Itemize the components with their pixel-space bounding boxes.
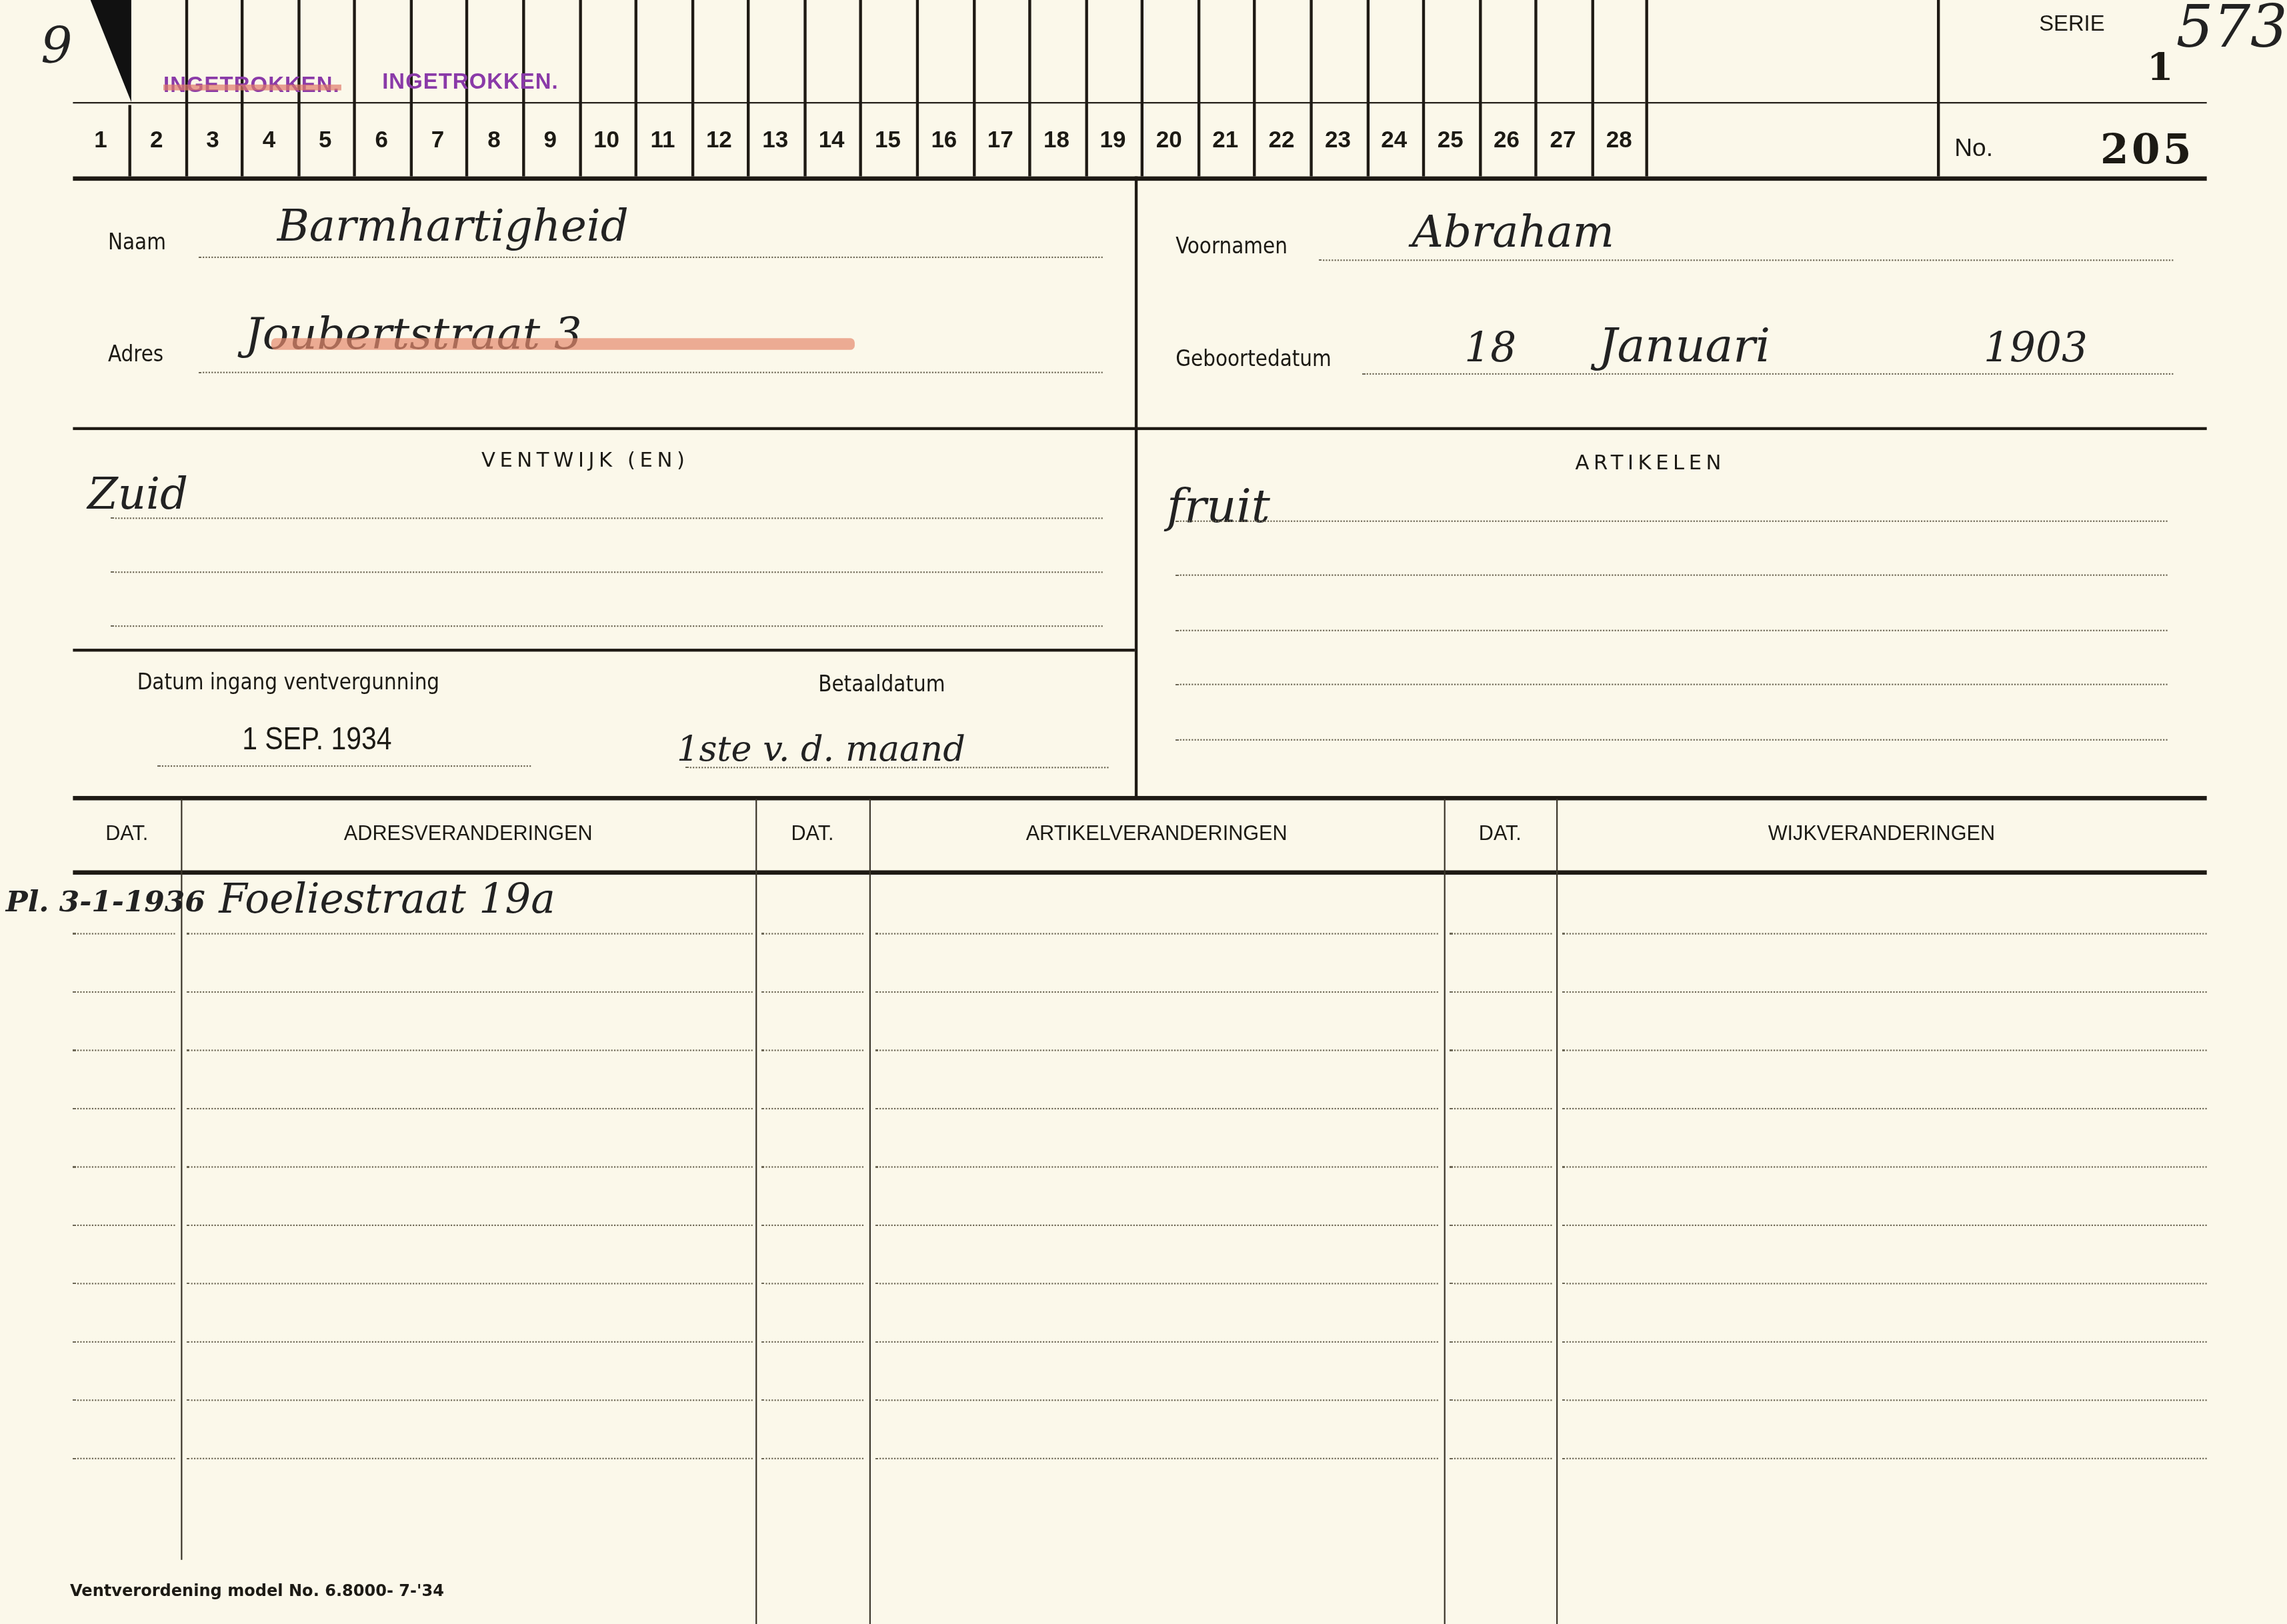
day-number: 14 <box>803 128 859 154</box>
serie-rule <box>1646 102 2207 103</box>
table-row-line <box>1562 1166 2207 1167</box>
table-row-line <box>73 1458 175 1459</box>
artikelen-heading: ARTIKELEN <box>1576 452 1726 475</box>
day-column-divider <box>1085 0 1087 177</box>
geboortedatum-label: Geboortedatum <box>1176 345 1332 371</box>
table-row-line <box>1562 1283 2207 1284</box>
table-row-line <box>761 1108 863 1109</box>
table-row-line <box>1562 1108 2207 1109</box>
voornamen-field[interactable]: Abraham <box>1412 207 1615 259</box>
geboortedatum-year[interactable]: 1903 <box>1984 323 2088 371</box>
day-number: 4 <box>241 128 297 154</box>
table-row-line <box>761 1049 863 1051</box>
betaaldatum-value[interactable]: 1ste v. d. maand <box>677 729 965 769</box>
table-row-line <box>1450 1458 1552 1459</box>
geboortedatum-month[interactable]: Januari <box>1599 318 1771 373</box>
day-number: 21 <box>1198 128 1254 154</box>
registration-card: 9 12345678910111213141516171819202122232… <box>0 0 2287 1624</box>
table-row-line <box>875 1166 1438 1167</box>
table-row-line <box>761 1341 863 1343</box>
table-row-line <box>73 1399 175 1401</box>
table-row-line <box>1562 1225 2207 1226</box>
table-row-line <box>761 933 863 934</box>
col-divider-2 <box>755 799 757 1624</box>
artikelen-line-3 <box>1176 630 2168 631</box>
table-row-line <box>187 1166 753 1167</box>
day-column-divider <box>972 0 975 177</box>
index-tab-triangle <box>91 0 135 105</box>
serie-value: 1 <box>2147 47 2174 91</box>
day-number: 12 <box>691 128 747 154</box>
day-column-divider <box>129 105 131 176</box>
day-number: 15 <box>859 128 915 154</box>
day-column-divider <box>859 0 862 177</box>
col-divider-4 <box>1444 799 1446 1624</box>
day-number: 8 <box>466 128 522 154</box>
naam-field-line <box>199 257 1103 258</box>
serie-handwritten: 573 <box>2176 0 2287 61</box>
table-row-line <box>187 991 753 993</box>
day-column-divider <box>1591 0 1594 177</box>
artikelen-line-4 <box>1176 684 2168 685</box>
serie-label: SERIE <box>2039 11 2104 36</box>
day-strip-bottom-rule <box>73 177 2206 181</box>
table-row-line <box>1562 1341 2207 1343</box>
table-row-line <box>73 991 175 993</box>
day-column-divider <box>1535 0 1538 177</box>
geboortedatum-field-line <box>1362 373 2173 375</box>
header-artikelveranderingen: ARTIKELVERANDERINGEN <box>869 821 1444 844</box>
day-number: 16 <box>916 128 972 154</box>
day-number: 22 <box>1254 128 1310 154</box>
artikelen-field[interactable]: fruit <box>1167 478 1270 533</box>
table-row-line <box>1450 933 1552 934</box>
stamp-strike <box>163 85 341 91</box>
table-row-line <box>875 1399 1438 1401</box>
day-column-divider <box>691 0 693 177</box>
table-row-line <box>1562 933 2207 934</box>
geboortedatum-day[interactable]: 18 <box>1464 323 1516 371</box>
adres-strikethrough <box>271 338 855 349</box>
day-number: 19 <box>1085 128 1141 154</box>
col-divider-3 <box>869 799 871 1624</box>
table-row-line <box>1562 1399 2207 1401</box>
table-row-line <box>187 1283 753 1284</box>
table-row-line <box>1450 1108 1552 1109</box>
divider-serie <box>1937 0 1940 177</box>
table-row-line <box>875 1341 1438 1343</box>
ventwijk-heading: VENTWIJK (EN) <box>481 449 689 473</box>
datum-ingang-value[interactable]: 1 SEP. 1934 <box>242 720 391 758</box>
day-number: 25 <box>1422 128 1478 154</box>
table-row-line <box>73 1049 175 1051</box>
table-row-line <box>761 1225 863 1226</box>
table-row-line <box>1562 991 2207 993</box>
table-row-line <box>1450 1049 1552 1051</box>
adres-label: Adres <box>108 341 163 367</box>
day-column-divider <box>353 0 356 177</box>
table-row-line <box>761 1399 863 1401</box>
day-column-divider <box>1254 0 1256 177</box>
table-row-line <box>1450 1166 1552 1167</box>
day-column-divider <box>916 0 919 177</box>
day-column-divider <box>1478 0 1481 177</box>
ventwijk-field[interactable]: Zuid <box>87 469 188 521</box>
ventwijk-bottom-rule <box>73 649 1135 651</box>
table-row-line <box>187 1399 753 1401</box>
day-number: 2 <box>129 128 185 154</box>
table-row-line <box>187 1458 753 1459</box>
day-column-divider <box>578 0 581 177</box>
table-row-line <box>875 1283 1438 1284</box>
header-dat-3: DAT. <box>1444 821 1556 844</box>
table-row-line <box>73 1108 175 1109</box>
datum-ingang-label: Datum ingang ventvergunning <box>137 669 439 695</box>
day-column-divider <box>1198 0 1200 177</box>
day-number: 10 <box>578 128 634 154</box>
table-row-line <box>1450 991 1552 993</box>
day-number: 27 <box>1535 128 1591 154</box>
day-number: 28 <box>1591 128 1647 154</box>
day-number: 1 <box>73 128 128 154</box>
voornamen-field-line <box>1319 259 2174 261</box>
naam-field[interactable]: Barmhartigheid <box>277 201 629 253</box>
table-row-line <box>761 1283 863 1284</box>
ventwijk-line-1 <box>111 517 1103 519</box>
table-row-line <box>1450 1341 1552 1343</box>
day-number: 5 <box>297 128 353 154</box>
datum-ingang-line <box>157 765 531 767</box>
table-row-line <box>761 991 863 993</box>
table-row-line <box>875 1225 1438 1226</box>
table-row-line <box>73 1341 175 1343</box>
table-row-line <box>875 1049 1438 1051</box>
table-row-line <box>73 933 175 934</box>
day-number: 7 <box>409 128 465 154</box>
footer-model-text: Ventverordening model No. 6.8000- 7-'34 <box>70 1582 444 1601</box>
table-row-line <box>187 1049 753 1051</box>
table-row-line <box>187 933 753 934</box>
stamp-ingetrokken-2: INGETROKKEN. <box>382 70 559 95</box>
naam-label: Naam <box>108 229 166 255</box>
day-number: 13 <box>747 128 803 154</box>
artikelen-line-5 <box>1176 739 2168 741</box>
col-divider-5 <box>1556 799 1558 1624</box>
table-row-line <box>875 933 1438 934</box>
table-row-line <box>761 1166 863 1167</box>
day-number: 6 <box>353 128 409 154</box>
ventwijk-line-2 <box>111 571 1103 573</box>
table-row-line <box>1562 1458 2207 1459</box>
divider-after-28 <box>1646 0 1648 177</box>
table-row-line <box>73 1225 175 1226</box>
day-number: 23 <box>1310 128 1366 154</box>
day-number: 18 <box>1028 128 1084 154</box>
table-row-line <box>1450 1283 1552 1284</box>
day-column-divider <box>803 0 806 177</box>
day-column-divider <box>1028 0 1031 177</box>
table-row-1-dat[interactable]: Pl. 3-1-1936 <box>6 883 205 918</box>
day-number: 9 <box>522 128 578 154</box>
table-row-line <box>761 1458 863 1459</box>
table-row-line <box>1450 1225 1552 1226</box>
table-row-line <box>187 1108 753 1109</box>
artikelen-line-2 <box>1176 575 2168 576</box>
table-row-line <box>875 1458 1438 1459</box>
table-row-line <box>73 1283 175 1284</box>
day-column-divider <box>1141 0 1143 177</box>
betaaldatum-line <box>685 767 1108 768</box>
header-dat-2: DAT. <box>755 821 869 844</box>
table-row-line <box>187 1341 753 1343</box>
table-row-line <box>187 1225 753 1226</box>
day-number: 3 <box>185 128 241 154</box>
header-adresveranderingen: ADRESVERANDERINGEN <box>181 821 755 844</box>
table-row-line <box>875 991 1438 993</box>
table-row-line <box>73 1166 175 1167</box>
day-number: 26 <box>1478 128 1534 154</box>
day-column-divider <box>747 0 750 177</box>
day-number: 20 <box>1141 128 1197 154</box>
day-number: 11 <box>635 128 691 154</box>
artikelen-line-1 <box>1176 521 2168 522</box>
table-row-line <box>875 1108 1438 1109</box>
no-label: No. <box>1954 134 1993 163</box>
no-value: 205 <box>2100 125 2194 173</box>
betaaldatum-label: Betaaldatum <box>818 671 945 697</box>
corner-mark: 9 <box>41 17 72 75</box>
table-row-line <box>1450 1399 1552 1401</box>
day-column-divider <box>1366 0 1369 177</box>
table-row-line <box>1562 1049 2207 1051</box>
header-wijkveranderingen: WIJKVERANDERINGEN <box>1556 821 2207 844</box>
day-column-divider <box>635 0 637 177</box>
table-row-1-adres[interactable]: Foeliestraat 19a <box>219 875 555 923</box>
day-column-divider <box>1422 0 1425 177</box>
day-column-divider <box>1310 0 1312 177</box>
header-dat-1: DAT. <box>73 821 181 844</box>
adres-field[interactable]: Joubertstraat 3 <box>245 309 582 361</box>
voornamen-label: Voornamen <box>1176 233 1288 259</box>
day-number: 17 <box>972 128 1028 154</box>
adres-field-line <box>199 372 1103 373</box>
upper-mid-divider <box>1135 177 1137 798</box>
upper-section-rule <box>73 427 2206 430</box>
day-number: 24 <box>1366 128 1422 154</box>
ventwijk-line-3 <box>111 625 1103 627</box>
upper-bottom-rule <box>73 796 2206 801</box>
